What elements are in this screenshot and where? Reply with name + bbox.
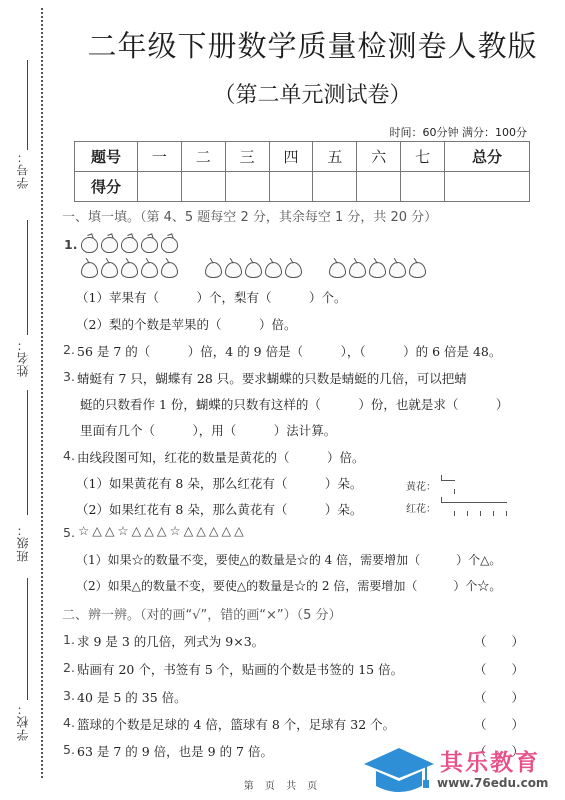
q1-number: 1. xyxy=(64,237,77,252)
pear-icon xyxy=(120,257,137,275)
red-segment-bar xyxy=(441,497,507,503)
time-info: 时间：60分钟 满分：100分 xyxy=(390,124,528,140)
pear-icon xyxy=(284,257,301,275)
pear-icon xyxy=(368,257,385,275)
pear-row xyxy=(80,257,425,275)
apple-icon xyxy=(140,234,157,252)
pear-icon xyxy=(140,257,157,275)
pear-icon xyxy=(348,257,365,275)
apple-icon xyxy=(160,234,177,252)
segment xyxy=(494,511,507,516)
judge-item-text: 63 是 7 的 9 倍，也是 9 的 7 倍。 xyxy=(77,742,273,760)
score-cell[interactable] xyxy=(401,172,445,202)
judge-answer-box[interactable]: （ ） xyxy=(474,688,524,706)
segment xyxy=(442,489,455,494)
score-cell[interactable] xyxy=(181,172,225,202)
q4-sub1: （1）如果黄花有 8 朵，那么红花有（ ）朵。 xyxy=(76,474,362,492)
table-cell: 四 xyxy=(269,142,313,172)
section1-heading: 一、填一填。（第 4、5 题每空 2 分，其余每空 1 分，共 20 分） xyxy=(62,206,437,225)
school-rule xyxy=(27,578,28,700)
score-cell[interactable] xyxy=(138,172,182,202)
score-cell[interactable] xyxy=(269,172,313,202)
judge-item-number: 4. xyxy=(63,715,75,730)
q3-line3: 里面有几个（ ），用（ ）法计算。 xyxy=(80,421,336,439)
score-table-header-row: 题号 一 二 三 四 五 六 七 总分 xyxy=(75,142,530,172)
segment xyxy=(481,511,494,516)
table-cell: 六 xyxy=(357,142,401,172)
judge-answer-box[interactable]: （ ） xyxy=(474,660,524,678)
class-label: 班级： xyxy=(14,523,34,562)
q3-line2: 蜓的只数看作 1 份，蝴蝶的只数有这样的（ ）份，也就是求（ ） xyxy=(80,395,508,413)
judge-item-text: 贴画有 20 个，书签有 5 个，贴画的个数是书签的 15 倍。 xyxy=(77,660,403,678)
q3-number: 3. xyxy=(63,369,75,384)
pear-icon xyxy=(204,257,221,275)
q4-text: 由线段图可知，红花的数量是黄花的（ ）倍。 xyxy=(77,448,365,466)
judge-item-number: 3. xyxy=(63,688,75,703)
watermark-logo: 其乐教育 www.76edu.com xyxy=(362,744,562,796)
table-cell: 题号 xyxy=(75,142,138,172)
binding-dotted-line xyxy=(41,8,43,778)
q1-sub1: （1）苹果有（ ）个，梨有（ ）个。 xyxy=(76,288,346,306)
q2-number: 2. xyxy=(63,342,75,357)
table-cell: 二 xyxy=(181,142,225,172)
score-cell[interactable] xyxy=(313,172,357,202)
student-id-label: 学号： xyxy=(14,150,34,189)
name-label: 姓名： xyxy=(14,338,34,377)
class-rule xyxy=(27,390,28,515)
score-table: 题号 一 二 三 四 五 六 七 总分 得分 xyxy=(74,141,530,202)
judge-item-text: 篮球的个数是足球的 4 倍，篮球有 8 个，足球有 32 个。 xyxy=(77,715,395,733)
page-subtitle: （第二单元测试卷） xyxy=(60,78,565,109)
watermark-brand: 其乐教育 xyxy=(440,744,540,777)
page-title: 二年级下册数学质量检测卷人教版 xyxy=(60,24,565,65)
pear-icon xyxy=(264,257,281,275)
apple-icon xyxy=(100,234,117,252)
yellow-flower-label: 黄花： xyxy=(406,482,436,493)
yellow-segment-bar xyxy=(441,475,455,481)
red-flower-label: 红花： xyxy=(406,504,436,515)
table-cell: 五 xyxy=(313,142,357,172)
table-cell: 得分 xyxy=(75,172,138,202)
pear-icon xyxy=(408,257,425,275)
watermark-url: www.76edu.com xyxy=(437,776,548,790)
pear-icon xyxy=(244,257,261,275)
judge-item-number: 2. xyxy=(63,660,75,675)
q3-line1: 蜻蜓有 7 只，蝴蝶有 28 只。要求蝴蝶的只数是蜻蜓的几倍，可以把蜻 xyxy=(77,369,467,387)
score-cell[interactable] xyxy=(225,172,269,202)
q2-text: 56 是 7 的（ ）倍，4 的 9 倍是（ ），（ ）的 6 倍是 48。 xyxy=(77,342,501,360)
graduation-cap-icon xyxy=(362,744,436,794)
pear-group xyxy=(328,257,425,275)
table-cell: 三 xyxy=(225,142,269,172)
section2-heading: 二、辨一辨。（对的画“√”，错的画“×”）（5 分） xyxy=(62,604,342,623)
judge-item-number: 1. xyxy=(63,632,75,647)
q4-sub2: （2）如果红花有 8 朵，那么黄花有（ ）朵。 xyxy=(76,500,362,518)
pear-icon xyxy=(224,257,241,275)
q5-number: 5. xyxy=(63,525,75,540)
segment xyxy=(455,511,468,516)
pear-icon xyxy=(388,257,405,275)
name-rule xyxy=(27,220,28,335)
judge-item-text: 40 是 5 的 35 倍。 xyxy=(77,688,187,706)
pear-icon xyxy=(160,257,177,275)
pear-icon xyxy=(80,257,97,275)
segment-diagram-yellow: 黄花： xyxy=(406,475,455,494)
score-cell[interactable] xyxy=(357,172,401,202)
apple-icon xyxy=(80,234,97,252)
segment xyxy=(442,511,455,516)
segment-diagram-red: 红花： xyxy=(406,497,507,516)
table-cell: 一 xyxy=(138,142,182,172)
apple-row xyxy=(80,234,177,252)
pear-icon xyxy=(328,257,345,275)
q4-number: 4. xyxy=(63,448,75,463)
student-id-rule xyxy=(27,60,28,150)
score-cell[interactable] xyxy=(445,172,530,202)
apple-icon xyxy=(120,234,137,252)
q1-sub2: （2）梨的个数是苹果的（ ）倍。 xyxy=(76,315,296,333)
table-cell: 总分 xyxy=(445,142,530,172)
judge-answer-box[interactable]: （ ） xyxy=(474,632,524,650)
pear-group xyxy=(204,257,301,275)
pear-icon xyxy=(100,257,117,275)
table-cell: 七 xyxy=(401,142,445,172)
q5-sub1: （1）如果☆的数量不变，要使△的数量是☆的 4 倍，需要增加（ ）个△。 xyxy=(76,551,501,568)
judge-answer-box[interactable]: （ ） xyxy=(474,715,524,733)
school-label: 学校： xyxy=(14,702,34,741)
score-table-score-row: 得分 xyxy=(75,172,530,202)
judge-item-text: 求 9 是 3 的几倍，列式为 9×3。 xyxy=(77,632,264,650)
pear-group xyxy=(80,257,177,275)
q5-sub2: （2）如果△的数量不变，要使△的数量是☆的 2 倍，需要增加（ ）个☆。 xyxy=(76,577,501,594)
judge-item-number: 5. xyxy=(63,742,75,757)
segment xyxy=(468,511,481,516)
q5-shapes: ☆△△☆△△△☆△△△△△ xyxy=(78,523,247,538)
